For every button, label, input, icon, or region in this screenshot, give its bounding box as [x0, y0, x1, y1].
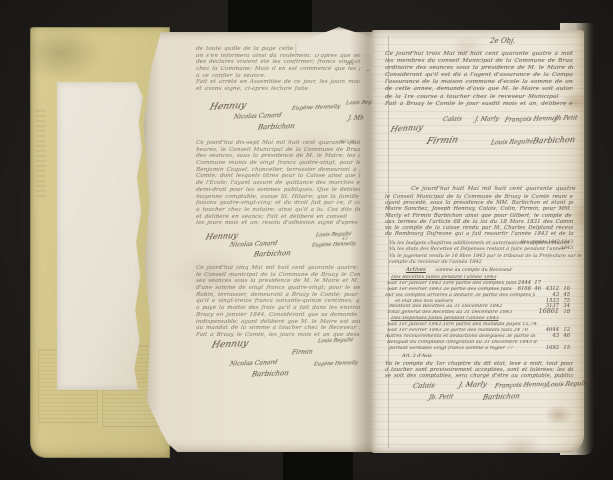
citation-line: compte du receveur de l'année 1842 [389, 259, 573, 265]
left-page: de toute quille de la page cette dernièr… [140, 32, 373, 452]
signature: Barbichon [532, 135, 576, 145]
handwriting-line: au mandat de la somme à toucher chez le … [196, 325, 361, 332]
handwriting-line: du Rembourg Dufresne qui a fait ressorti… [385, 231, 574, 237]
account-table: Des Recettes faites pendant l'année 1843… [385, 275, 573, 352]
handwriting-line: et avons signé, ci-après lecture faite. [196, 86, 361, 93]
signature: J. Marly [474, 116, 499, 124]
entry2-citations: Vu les budgets chapitres additionnels et… [389, 240, 573, 265]
signature: Jb. Petit [428, 394, 454, 402]
amount-cents: 15 [563, 346, 570, 352]
signature: Barbichon [257, 122, 296, 131]
signature: Calais [442, 116, 462, 124]
signature: Hennuy [390, 123, 425, 134]
citation-year: 1843 [561, 246, 573, 252]
handwriting-line: Ce jourd'hui dix-sept Mai mil huit cent … [196, 140, 361, 147]
handwriting-line: d'une somme de vingt francs quatre-vingt… [196, 285, 361, 292]
right-page-entry1: Ce jourd'hui trois Mai mil huit cent qua… [385, 51, 573, 108]
handwriting-line: à toucher chez le notaire; ainsi qu'il a… [196, 207, 361, 214]
left-page-paragraph-2: Ce jourd'hui dix-sept Mai mil huit cent … [196, 140, 360, 227]
handwriting-line: se soit des comptables, sera chargé d'êt… [385, 373, 574, 379]
signature: Firmin [291, 349, 313, 357]
right-page-signature-block-2: CalaisJ. MarlyFrançois HennuyLouis Regul… [385, 382, 573, 408]
handwriting-line: de cette année, demande d'avis que M. le… [385, 86, 574, 93]
section-label-tail: comme au compte du Receveur [436, 268, 513, 273]
pasted-label [57, 82, 143, 390]
archive-stamp-faint [36, 110, 46, 200]
left-page-signature-block-1: HennuyEugène HennellyLouis RegultéNicola… [196, 102, 366, 136]
handwriting-line: Commune réunis de vingt francs quatre-vi… [196, 160, 361, 167]
archive-scan: de toute quille de la page cette dernièr… [0, 0, 613, 480]
signature: Barbichon [253, 249, 292, 258]
section-label-row: Actives comme au compte du Receveur [406, 267, 574, 273]
handwriting-line: Fait à Bruay le Comté le jour susdit moi… [385, 101, 574, 108]
right-page-entry2: le Conseil Municipal de la Commune de Br… [385, 194, 573, 237]
signature: Hennuy [205, 231, 240, 242]
article-label: Art. 2 d'Avis [402, 354, 432, 359]
signature: Barbichon [482, 392, 521, 401]
account-row-label: portant véritable vingt francs somme à r… [389, 346, 514, 352]
handwriting-line: Bruay en janvier 1844. Considérant que s… [196, 312, 361, 319]
signature: François Hennuy [494, 381, 548, 390]
handwriting-line: les jours mois et an; résolu d'adhésion … [196, 220, 361, 227]
right-page-signature-block-1: CalaisJ. MarlyFrançois HennuyJh PetitHen… [385, 116, 573, 152]
account-row: portant véritable vingt francs somme à r… [385, 346, 573, 352]
signature: Nicolas Canard [233, 112, 282, 121]
gutter-dash-mark: – [366, 66, 370, 74]
handwriting-line: aux termes de l'article 68 de la loi du … [385, 219, 574, 225]
signature: Eugène Hennelly [291, 104, 341, 112]
handwriting-line: faisons quatre-vingt-cinq; et du droit f… [196, 200, 361, 207]
signature: Louis Regulté [490, 138, 534, 146]
handwriting-line: de la 1re course à toucher chez le recev… [385, 94, 574, 101]
signature: Barbichon [251, 369, 290, 378]
handwriting-line: demi-droit pour les sommes publiques. Qu… [196, 187, 361, 194]
signature: Calais [412, 382, 436, 391]
entry2-opening-line: Ce jourd'hui huit Mai mil huit cent quar… [385, 186, 600, 193]
left-page-paragraph-3: Ce jourd'hui cinq Mai mil huit cent quar… [196, 265, 360, 339]
right-page: 2e Obj. Ce jourd'hui trois Mai mil huit … [372, 30, 584, 453]
handwriting-line: Marly et Firmin Barbichon ainsi que pour… [385, 213, 574, 219]
section-label: Actives [406, 267, 426, 273]
signature: Louis Regulté [546, 380, 590, 388]
page-crease-line [388, 36, 389, 448]
left-page-signature-block-3: HennuyLouis RegultéFirminNicolas CanardE… [196, 338, 366, 382]
handwriting-line: Ce jourd'hui cinq Mai mil huit cent quar… [196, 265, 361, 272]
citation-text: Vu le jugement rendu le 16 8bre 1843 par… [389, 253, 583, 259]
signature: François Hennuy [504, 115, 558, 124]
handwriting-line: Maire Sanchez, Joseph Hennuy, Calais, Co… [385, 206, 574, 212]
signature: Nicolas Canard [229, 359, 278, 368]
left-page-signature-block-2: HennuyLouis RegultéNicolas CanardEugène … [196, 232, 366, 262]
handwriting-line: de l'École; l'ayant assuré de quittance … [196, 180, 361, 187]
citation-text: Vu les états des Recettes et Dépenses re… [389, 246, 565, 252]
signature: Nicolas Canard [229, 240, 278, 249]
signature: Hennuy [208, 101, 247, 113]
citation-text: compte du receveur de l'année 1842 [389, 259, 482, 265]
handwriting-line: a payé la moitié des frais qu'il a fait … [196, 305, 361, 312]
entry2-closing: Vu le compte du 1er chapitre du dit état… [385, 361, 573, 380]
signature: Jh Petit [554, 115, 578, 123]
amount: 1692 [546, 346, 559, 352]
signature: Firmin [425, 135, 459, 147]
signature: Louis Regulté [317, 337, 354, 344]
signature: J. Marly [458, 381, 488, 390]
entry-header: 2e Obj. [489, 37, 516, 45]
amount: 16861 [539, 309, 559, 315]
handwriting-line: chez la Commune; Mais il en est commencé… [196, 66, 361, 73]
signature: Hennuy [210, 339, 249, 351]
